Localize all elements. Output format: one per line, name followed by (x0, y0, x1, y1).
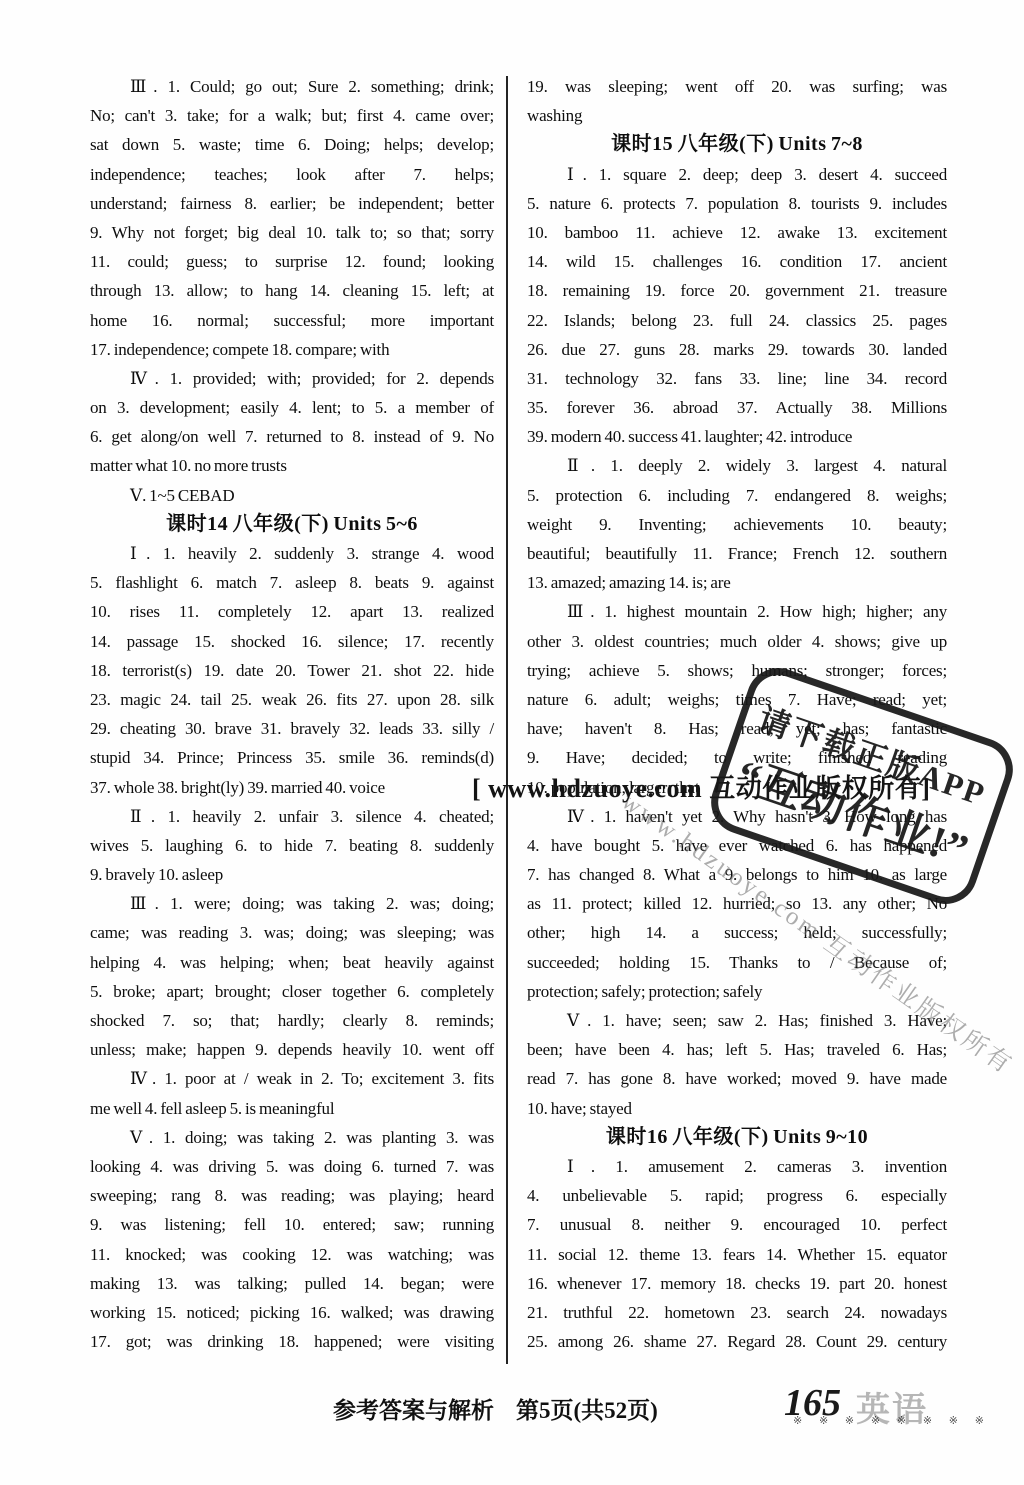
text-line: 25. among 26. shame 27. Regard 28. Count… (527, 1327, 947, 1356)
text-line: 13. amazed; amazing 14. is; are (527, 568, 947, 597)
column-divider (506, 76, 508, 1364)
text-line: 9. Why not forget; big deal 10. talk to;… (90, 218, 494, 247)
text-line: through 13. allow; to hang 14. cleaning … (90, 276, 494, 305)
text-line: washing (527, 101, 947, 130)
text-line: 10. have; stayed (527, 1094, 947, 1123)
text-line: 10. rises 11. completely 12. apart 13. r… (90, 597, 494, 626)
text-line: 18. remaining 19. force 20. government 2… (527, 276, 947, 305)
text-line: wives 5. laughing 6. to hide 7. beating … (90, 831, 494, 860)
text-line: 14. passage 15. shocked 16. silence; 17.… (90, 627, 494, 656)
text-line: 23. magic 24. tail 25. weak 26. fits 27.… (90, 685, 494, 714)
text-line: matter what 10. no more trusts (90, 451, 494, 480)
text-line: 5. flashlight 6. match 7. asleep 8. beat… (90, 568, 494, 597)
text-line: me well 4. fell asleep 5. is meaningful (90, 1094, 494, 1123)
text-line: 10. bamboo 11. achieve 12. awake 13. exc… (527, 218, 947, 247)
text-line: 37. whole 38. bright(ly) 39. married 40.… (90, 773, 494, 802)
footer: 参考答案与解析 第5页(共52页) (333, 1392, 658, 1425)
text-line: 26. due 27. guns 28. marks 29. towards 3… (527, 335, 947, 364)
text-line: 5. protection 6. including 7. endangered… (527, 481, 947, 510)
text-line: 9. was listening; fell 10. entered; saw;… (90, 1210, 494, 1239)
text-line: 14. wild 15. challenges 16. condition 17… (527, 247, 947, 276)
left-column: Ⅲ. 1. Could; go out; Sure 2. something; … (90, 72, 494, 1356)
text-line: 4. unbelievable 5. rapid; progress 6. es… (527, 1181, 947, 1210)
text-line: Ⅳ. 1. provided; with; provided; for 2. d… (90, 364, 494, 393)
text-line: came; was reading 3. was; doing; was sle… (90, 918, 494, 947)
text-line: on 3. development; easily 4. lent; to 5.… (90, 393, 494, 422)
text-line: 17. got; was drinking 18. happened; were… (90, 1327, 494, 1356)
text-line: 21. truthful 22. hometown 23. search 24.… (527, 1298, 947, 1327)
text-line: Ⅱ. 1. deeply 2. widely 3. largest 4. nat… (527, 451, 947, 480)
text-line: Ⅰ. 1. square 2. deep; deep 3. desert 4. … (527, 160, 947, 189)
text-line: 5. nature 6. protects 7. population 8. t… (527, 189, 947, 218)
text-line: 课时15 八年级(下) Units 7~8 (527, 130, 947, 159)
text-line: 35. forever 36. abroad 37. Actually 38. … (527, 393, 947, 422)
text-line: 18. terrorist(s) 19. date 20. Tower 21. … (90, 656, 494, 685)
text-line: Ⅴ. 1. have; seen; saw 2. Has; finished 3… (527, 1006, 947, 1035)
text-line: sat down 5. waste; time 6. Doing; helps;… (90, 130, 494, 159)
text-line: trying; achieve 5. shows; humans; strong… (527, 656, 947, 685)
text-line: No; can't 3. take; for a walk; but; firs… (90, 101, 494, 130)
text-line: independence; teaches; look after 7. hel… (90, 160, 494, 189)
text-line: 29. cheating 30. brave 31. bravely 32. l… (90, 714, 494, 743)
text-line: Ⅲ. 1. highest mountain 2. How high; high… (527, 597, 947, 626)
text-line: helping 4. was helping; when; beat heavi… (90, 948, 494, 977)
text-line: looking 4. was driving 5. was doing 6. t… (90, 1152, 494, 1181)
text-line: 39. modern 40. success 41. laughter; 42.… (527, 422, 947, 451)
text-line: Ⅴ. 1. doing; was taking 2. was planting … (90, 1123, 494, 1152)
text-line: 11. knocked; was cooking 12. was watchin… (90, 1240, 494, 1269)
text-line: 课时16 八年级(下) Units 9~10 (527, 1123, 947, 1152)
text-line: Ⅰ. 1. heavily 2. suddenly 3. strange 4. … (90, 539, 494, 568)
text-line: home 16. normal; successful; more import… (90, 306, 494, 335)
text-line: 7. unusual 8. neither 9. encouraged 10. … (527, 1210, 947, 1239)
text-line: 31. technology 32. fans 33. line; line 3… (527, 364, 947, 393)
text-line: other; high 14. a success; held; success… (527, 918, 947, 947)
footer-page-info: 第5页(共52页) (516, 1392, 658, 1425)
text-line: beautiful; beautifully 11. France; Frenc… (527, 539, 947, 568)
text-line: read 7. has gone 8. have worked; moved 9… (527, 1064, 947, 1093)
text-line: Ⅱ. 1. heavily 2. unfair 3. silence 4. ch… (90, 802, 494, 831)
text-line: other 3. oldest countries; much older 4.… (527, 627, 947, 656)
answer-page: Ⅲ. 1. Could; go out; Sure 2. something; … (0, 0, 1024, 1485)
text-line: weight 9. Inventing; achievements 10. be… (527, 510, 947, 539)
text-line: 11. social 12. theme 13. fears 14. Wheth… (527, 1240, 947, 1269)
text-line: 6. get along/on well 7. returned to 8. i… (90, 422, 494, 451)
text-line: sweeping; rang 8. was reading; was playi… (90, 1181, 494, 1210)
text-line: understand; fairness 8. earlier; be inde… (90, 189, 494, 218)
text-line: Ⅳ. 1. poor at / weak in 2. To; excitemen… (90, 1064, 494, 1093)
text-line: 9. bravely 10. asleep (90, 860, 494, 889)
text-line: been; have been 4. has; left 5. Has; tra… (527, 1035, 947, 1064)
text-line: stupid 34. Prince; Princess 35. smile 36… (90, 743, 494, 772)
text-line: making 13. was talking; pulled 14. began… (90, 1269, 494, 1298)
text-line: 5. broke; apart; brought; closer togethe… (90, 977, 494, 1006)
text-line: 16. whenever 17. memory 18. checks 19. p… (527, 1269, 947, 1298)
text-line: unless; make; happen 9. depends heavily … (90, 1035, 494, 1064)
footer-section-label: 参考答案与解析 (333, 1392, 494, 1425)
text-line: 19. was sleeping; went off 20. was surfi… (527, 72, 947, 101)
text-line: Ⅰ. 1. amusement 2. cameras 3. invention (527, 1152, 947, 1181)
text-line: Ⅲ. 1. Could; go out; Sure 2. something; … (90, 72, 494, 101)
text-line: 课时14 八年级(下) Units 5~6 (90, 510, 494, 539)
text-line: 17. independence; compete 18. compare; w… (90, 335, 494, 364)
text-line: Ⅲ. 1. were; doing; was taking 2. was; do… (90, 889, 494, 918)
text-line: shocked 7. so; that; hardly; clearly 8. … (90, 1006, 494, 1035)
text-line: working 15. noticed; picking 16. walked;… (90, 1298, 494, 1327)
text-line: 22. Islands; belong 23. full 24. classic… (527, 306, 947, 335)
text-line: Ⅴ. 1~5 CEBAD (90, 481, 494, 510)
subject-logo: 英语 (856, 1382, 928, 1431)
text-line: 11. could; guess; to surprise 12. found;… (90, 247, 494, 276)
